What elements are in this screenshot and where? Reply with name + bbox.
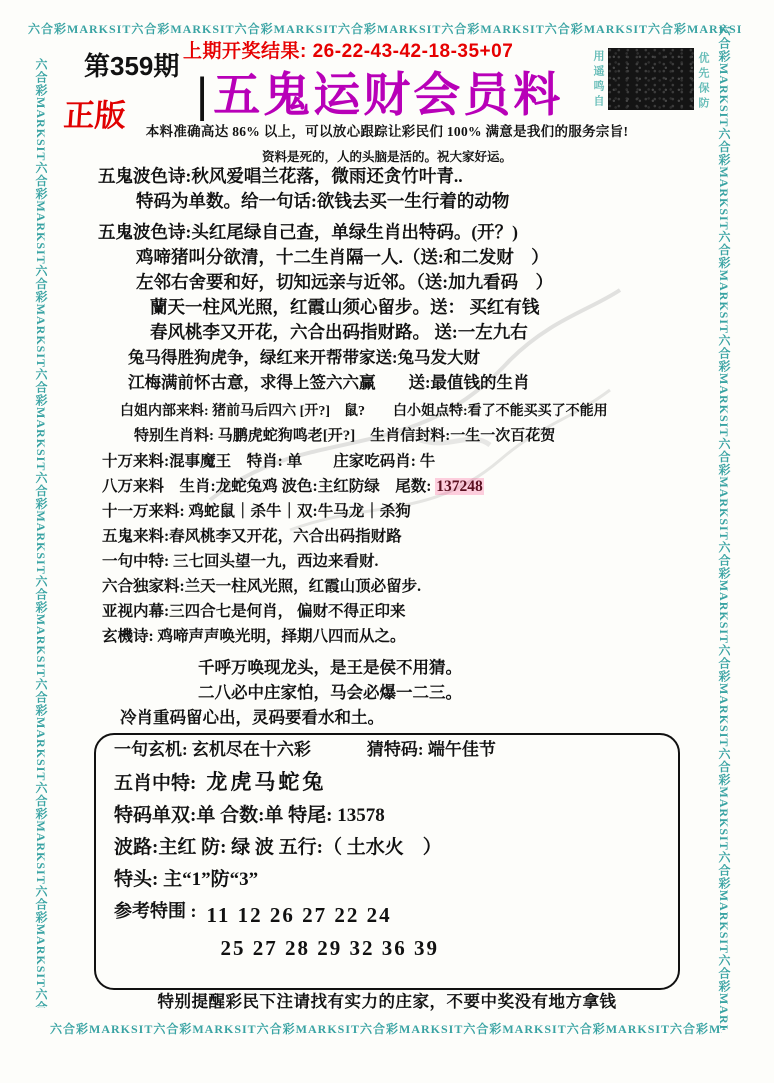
- prediction-box: 一句玄机: 玄机尽在十六彩猜特码: 端午佳节 五肖中特:龙虎马蛇兔 特码单双:单…: [94, 733, 680, 990]
- accuracy-tagline: 本料准确高达 86% 以上，可以放心跟踪让彩民们 100% 满意是我们的服务宗旨…: [67, 120, 707, 140]
- parity-row: 特码单双:单 合数:单 特尾: 13578: [114, 806, 662, 825]
- range-row-2: 25 27 28 29 32 36 39: [207, 935, 440, 962]
- ink-stamp: [608, 48, 694, 110]
- poem-line: 鸡啼猪叫分欲清，十二生肖隔一人.（送:和二发财 ）: [98, 248, 713, 267]
- mystery-hint: 一句玄机: 玄机尽在十六彩: [114, 740, 311, 759]
- poem-line: 左邻右舍要和好，切知远亲与近邻。（送:加九看码 ）: [98, 273, 713, 292]
- page-title-text: 五鬼运财会员料: [213, 68, 563, 121]
- material-line: 一句中特: 三七回头望一九，西边来看财.: [98, 552, 713, 571]
- five-zodiac-label: 五肖中特:: [114, 773, 196, 794]
- bettor-warning: 特别提醒彩民下注请找有实力的庄家，不要中奖没有地方拿钱: [67, 988, 707, 1012]
- poem-line: 五鬼波色诗:头红尾绿自己查，单绿生肖出特码。(开？): [98, 223, 713, 242]
- range-row-1: 11 12 26 27 22 24: [207, 902, 440, 929]
- wave-row: 波路:主红 防: 绿 波 五行:（ 土水火 ）: [114, 838, 662, 857]
- material-line: 十万来料:混事魔王 特肖: 单 庄家吃码肖: 牛: [98, 452, 713, 471]
- border-watermark-right: 六合彩MARKSIT六合彩MARKSIT六合彩MARKSIT六合彩MARKSIT…: [716, 24, 733, 1030]
- poem-line: 特码为单数。给一句话:欲钱去买一生行着的动物: [98, 192, 713, 211]
- page-title: |五鬼运财会员料: [196, 58, 563, 125]
- reference-range: 参考特围 : 11 12 26 27 22 24 25 27 28 29 32 …: [114, 902, 662, 974]
- issue-number: 第359期: [84, 46, 179, 83]
- reference-range-label: 参考特围 :: [114, 902, 197, 968]
- closing-couplet-line: 二八必中庄家怕，马会必爆一二三。: [98, 683, 713, 702]
- border-watermark-top: 六合彩MARKSIT六合彩MARKSIT六合彩MARKSIT六合彩MARKSIT…: [28, 20, 742, 37]
- closing-couplet-line: 冷肖重码留心出，灵码要看水和土。: [98, 708, 713, 727]
- material-line: 亚视内幕:三四合七是何肖， 偏财不得正印来: [98, 602, 713, 621]
- material-line: 十一万来料: 鸡蛇鼠｜杀牛｜双:牛马龙｜杀狗: [98, 502, 713, 521]
- mystery-hint-row: 一句玄机: 玄机尽在十六彩猜特码: 端午佳节: [114, 740, 662, 759]
- motto-line: 资料是死的，人的头脑是活的。祝大家好运。: [67, 147, 707, 165]
- border-watermark-left: 六合彩MARKSIT六合彩MARKSIT六合彩MARKSIT六合彩MARKSIT…: [33, 58, 50, 1008]
- stamp-side-text-right: 优先保防: [698, 52, 711, 112]
- material-line: 白姐内部来料: 猪前马后四六 [开?] 鼠? 白小姐点特:看了不能买买了不能用: [98, 402, 713, 421]
- five-zodiac-row: 五肖中特:龙虎马蛇兔: [114, 773, 662, 793]
- head-row: 特头: 主“1”防“3”: [114, 870, 662, 889]
- special-guess: 猜特码: 端午佳节: [367, 740, 496, 759]
- poem-line: 蘭天一柱风光照，红霞山须心留步。送： 买红有钱: [98, 298, 713, 317]
- poem-line: 五鬼波色诗:秋风爱唱兰花落，微雨还贪竹叶青..: [98, 167, 713, 186]
- material-line-tails: 八万来料 生肖:龙蛇兔鸡 波色:主红防绿 尾数: 137248: [98, 477, 713, 496]
- material-line: 玄機诗: 鸡啼声声唤光明，择期八四而从之。: [98, 627, 713, 646]
- poem-line: 春风桃李又开花，六合出码指财路。 送:一左九右: [98, 323, 713, 342]
- poem-line: 江梅满前怀古意，求得上签六六赢 送:最值钱的生肖: [98, 373, 713, 392]
- title-divider: |: [196, 68, 211, 121]
- tail-numbers: 137248: [435, 478, 484, 495]
- closing-couplet-line: 千呼万唤现龙头，是王是侯不用猜。: [98, 658, 713, 677]
- reference-range-numbers: 11 12 26 27 22 24 25 27 28 29 32 36 39: [207, 902, 440, 968]
- tips-content: 五鬼波色诗:秋风爱唱兰花落，微雨还贪竹叶青.. 特码为单数。给一句话:欲钱去买一…: [98, 167, 713, 996]
- stamp-side-text-left: 用遥鸣自: [593, 50, 606, 110]
- material-line: 五鬼来料:春风桃李又开花，六合出码指财路: [98, 527, 713, 546]
- poem-line: 兔马得胜狗虎争，绿红来开帮带家送:兔马发大财: [98, 348, 713, 367]
- material-line: 特别生肖料: 马鹏虎蛇狗鸣老[开?] 生肖信封料:一生一次百花贺: [98, 427, 713, 446]
- material-line: 六合独家料:兰天一柱风光照，红霞山顶必留步.: [98, 577, 713, 596]
- material-line-prefix: 八万来料 生肖:龙蛇兔鸡 波色:主红防绿 尾数:: [102, 478, 435, 495]
- lottery-flyer-page: 六合彩MARKSIT六合彩MARKSIT六合彩MARKSIT六合彩MARKSIT…: [0, 0, 774, 1083]
- five-zodiac-value: 龙虎马蛇兔: [206, 770, 326, 794]
- border-watermark-bottom: 六合彩MARKSIT六合彩MARKSIT六合彩MARKSIT六合彩MARKSIT…: [50, 1020, 722, 1037]
